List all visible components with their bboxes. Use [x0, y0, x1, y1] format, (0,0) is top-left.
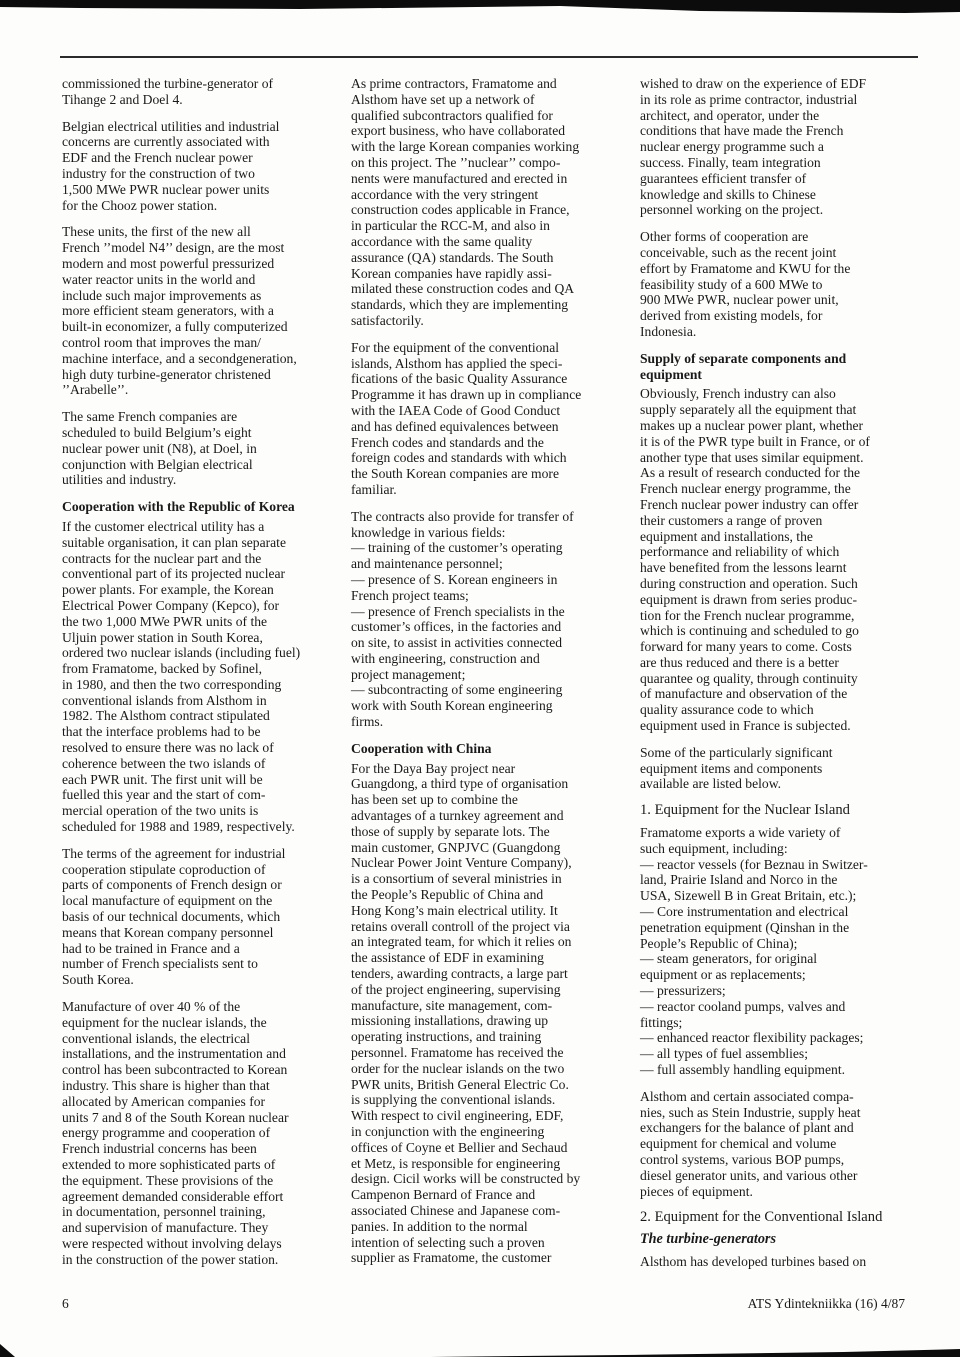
page-number: 6 — [62, 1296, 69, 1312]
paragraph: Alsthom has developed turbines based on — [640, 1254, 916, 1270]
paragraph: The same French companies are scheduled … — [62, 409, 338, 488]
article-columns: commissioned the turbine-generator of Ti… — [62, 76, 916, 1281]
paragraph: The contracts also provide for transfer … — [351, 509, 627, 730]
paragraph: Framatome exports a wide variety of such… — [640, 825, 916, 1078]
section-heading: Supply of separate components and equipm… — [640, 351, 916, 383]
paragraph: For the equipment of the conventional is… — [351, 340, 627, 498]
magazine-page: commissioned the turbine-generator of Ti… — [0, 0, 960, 1357]
paragraph: Belgian electrical utilities and industr… — [62, 119, 338, 214]
scan-bottom-left-mark — [0, 1344, 15, 1357]
paragraph: For the Daya Bay project near Guangdong,… — [351, 761, 627, 1267]
numbered-subheading: 1. Equipment for the Nuclear Island — [640, 803, 916, 819]
journal-title: ATS Ydintekniikka (16) 4/87 — [748, 1296, 905, 1312]
italic-subheading: The turbine-generators — [640, 1232, 916, 1248]
paragraph: The terms of the agreement for industria… — [62, 846, 338, 988]
header-rule — [60, 56, 918, 58]
paragraph: Manufacture of over 40 % of the equipmen… — [62, 999, 338, 1268]
text-column-3: wished to draw on the experience of EDF … — [640, 76, 916, 1281]
paragraph: Alsthom and certain associated compa- ni… — [640, 1089, 916, 1200]
paragraph: Obviously, French industry can also supp… — [640, 386, 916, 734]
page-footer: 6 ATS Ydintekniikka (16) 4/87 — [62, 1296, 905, 1312]
paragraph: Other forms of cooperation are conceivab… — [640, 229, 916, 340]
paragraph: As prime contractors, Framatome and Alst… — [351, 76, 627, 329]
paragraph: If the customer electrical utility has a… — [62, 519, 338, 835]
paragraph: These units, the first of the new all Fr… — [62, 224, 338, 398]
scan-top-edge — [0, 0, 960, 15]
scan-bottom-right-mark — [430, 1349, 960, 1357]
section-heading: Cooperation with China — [351, 741, 627, 757]
numbered-subheading: 2. Equipment for the Conventional Island — [640, 1210, 916, 1226]
paragraph: Some of the particularly significant equ… — [640, 745, 916, 792]
paragraph: commissioned the turbine-generator of Ti… — [62, 76, 338, 108]
text-column-2: As prime contractors, Framatome and Alst… — [351, 76, 627, 1281]
paragraph: wished to draw on the experience of EDF … — [640, 76, 916, 218]
section-heading: Cooperation with the Republic of Korea — [62, 499, 338, 515]
text-column-1: commissioned the turbine-generator of Ti… — [62, 76, 338, 1281]
